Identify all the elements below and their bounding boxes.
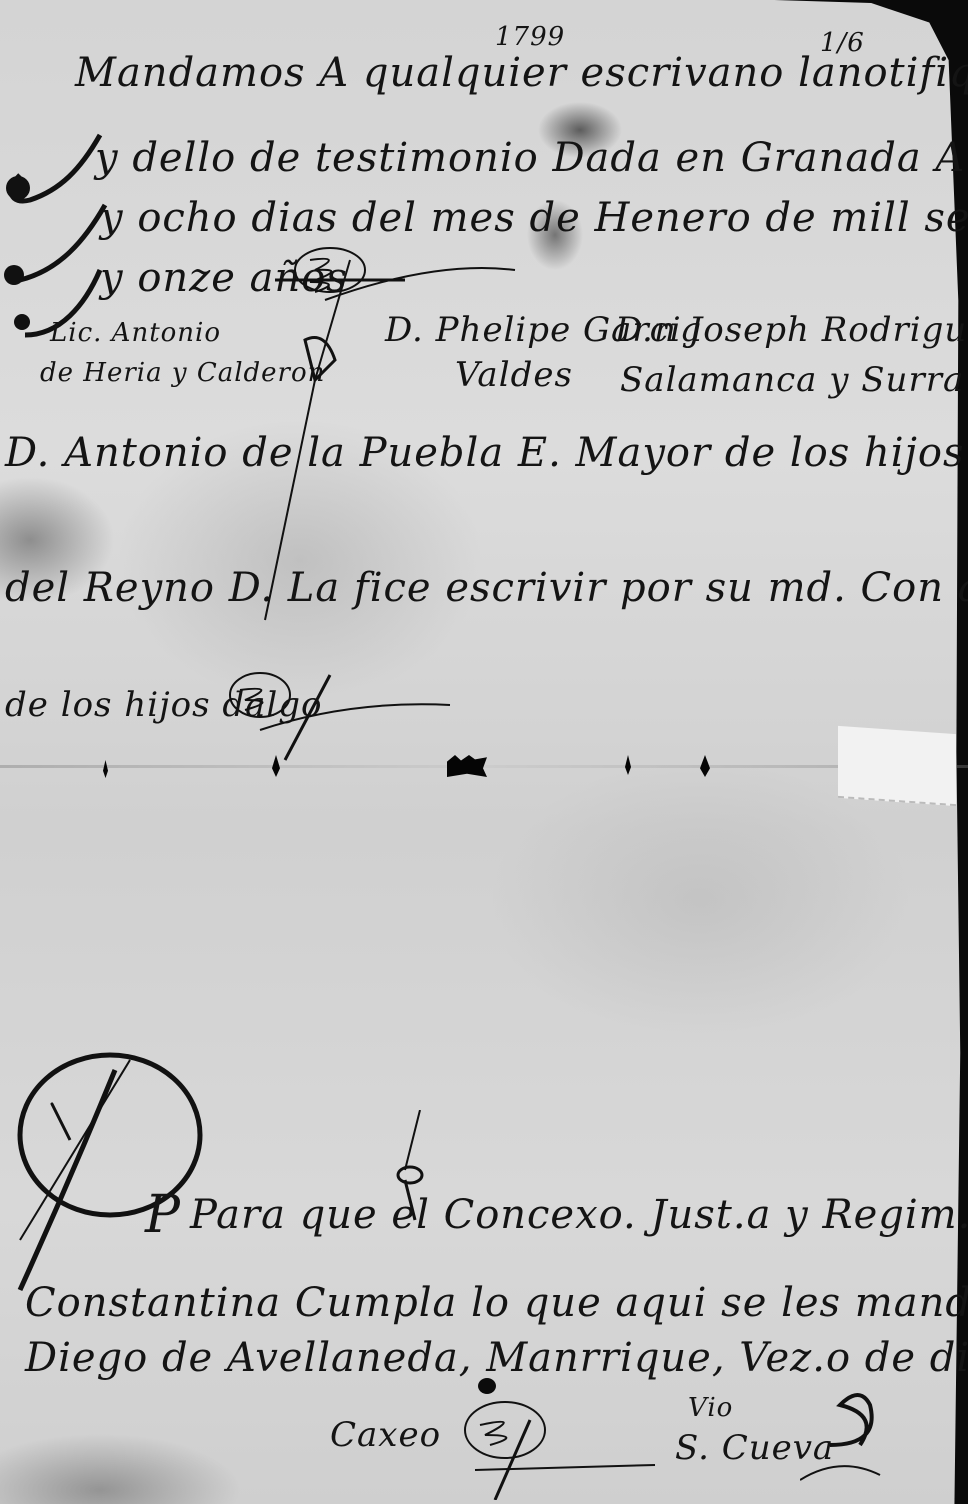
clerk-line-2: del Reyno D. La fice escrivir por su md.… xyxy=(5,565,968,611)
signatory-left-1: Lic. Antonio xyxy=(50,318,221,348)
rubric-signature-4-icon xyxy=(455,1390,675,1500)
decorative-initial-p-icon xyxy=(0,1040,220,1300)
page-fold-line xyxy=(0,765,968,768)
text-line-3: y ocho dias del mes de Henero de mill se… xyxy=(100,195,968,241)
decorative-initial-letter: P xyxy=(145,1185,181,1245)
lower-text-line-3: Diego de Avellaneda, Manrrique, Vez.o de… xyxy=(25,1335,968,1381)
lower-text-line-1: Para que el Concexo. Just.a y Regim.to d… xyxy=(190,1192,968,1238)
folio-number: 1799 xyxy=(495,22,565,52)
signature-caxeo: Caxeo xyxy=(330,1415,441,1455)
signatory-right-2: Salamanca y Surra xyxy=(620,360,964,400)
rubric-signature-5-icon xyxy=(800,1385,900,1495)
margin-note-vio: Vio xyxy=(688,1393,733,1423)
clerk-line-1: D. Antonio de la Puebla E. Mayor de los … xyxy=(5,430,968,476)
text-line-2: y dello de testimonio Dada en Granada A … xyxy=(95,135,968,181)
ink-blot xyxy=(478,1378,496,1394)
lower-text-line-2: Constantina Cumpla lo que aqui se les ma… xyxy=(25,1280,968,1326)
text-line-1: Mandamos A qualquier escrivano lanotifiq… xyxy=(75,50,968,96)
rubric-signature-2-icon xyxy=(200,660,480,770)
signatory-right-1: D.n Joseph Rodriguez de xyxy=(615,310,968,350)
repair-patch xyxy=(838,726,956,806)
